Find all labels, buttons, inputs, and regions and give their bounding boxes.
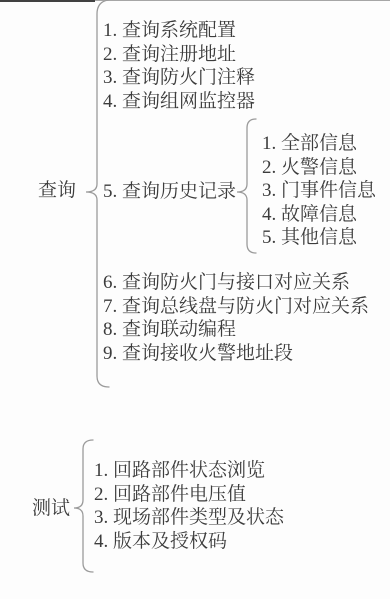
menu-item-query-linkage-programming: 8. 查询联动编程	[103, 318, 369, 342]
menu-structure-diagram: 查询 1. 查询系统配置 2. 查询注册地址 3. 查询防火门注释 4. 查询组…	[0, 0, 390, 599]
menu-item-query-alarm-address-range: 9. 查询接收火警地址段	[103, 342, 369, 366]
query-root-label: 查询	[38, 179, 76, 203]
test-brace	[72, 439, 96, 575]
menu-item-query-firedoor-interface-map: 6. 查询防火门与接口对应关系	[103, 271, 369, 295]
menu-item-query-buspanel-firedoor-map: 7. 查询总线盘与防火门对应关系	[103, 295, 369, 319]
query-items-top-group: 1. 查询系统配置 2. 查询注册地址 3. 查询防火门注释 4. 查询组网监控…	[103, 19, 255, 113]
menu-item-loop-device-status: 1. 回路部件状态浏览	[94, 459, 284, 483]
menu-item-field-device-type: 3. 现场部件类型及状态	[94, 506, 284, 530]
subitem-other-info: 5. 其他信息	[262, 226, 376, 250]
query-items-bottom-group: 6. 查询防火门与接口对应关系 7. 查询总线盘与防火门对应关系 8. 查询联动…	[103, 271, 369, 365]
subitem-fault-info: 4. 故障信息	[262, 203, 376, 227]
top-border-dark-segment	[0, 0, 95, 2]
history-subitems-group: 1. 全部信息 2. 火警信息 3. 门事件信息 4. 故障信息 5. 其他信息	[262, 132, 376, 250]
menu-item-query-firedoor-notes: 3. 查询防火门注释	[103, 66, 255, 90]
subitem-fire-alarm-info: 2. 火警信息	[262, 156, 376, 180]
history-subitems-brace	[236, 118, 258, 256]
test-root-label: 测试	[32, 497, 70, 521]
menu-item-loop-device-voltage: 2. 回路部件电压值	[94, 483, 284, 507]
test-items-group: 1. 回路部件状态浏览 2. 回路部件电压值 3. 现场部件类型及状态 4. 版…	[94, 459, 284, 553]
subitem-all-info: 1. 全部信息	[262, 132, 376, 156]
menu-item-query-history: 5. 查询历史记录	[103, 180, 236, 204]
subitem-door-event-info: 3. 门事件信息	[262, 179, 376, 203]
menu-item-query-network-monitor: 4. 查询组网监控器	[103, 90, 255, 114]
menu-item-version-auth-code: 4. 版本及授权码	[94, 530, 284, 554]
menu-item-query-registered-addr: 2. 查询注册地址	[103, 43, 255, 67]
menu-item-query-system-config: 1. 查询系统配置	[103, 19, 255, 43]
top-border-light-segment	[95, 0, 390, 1]
